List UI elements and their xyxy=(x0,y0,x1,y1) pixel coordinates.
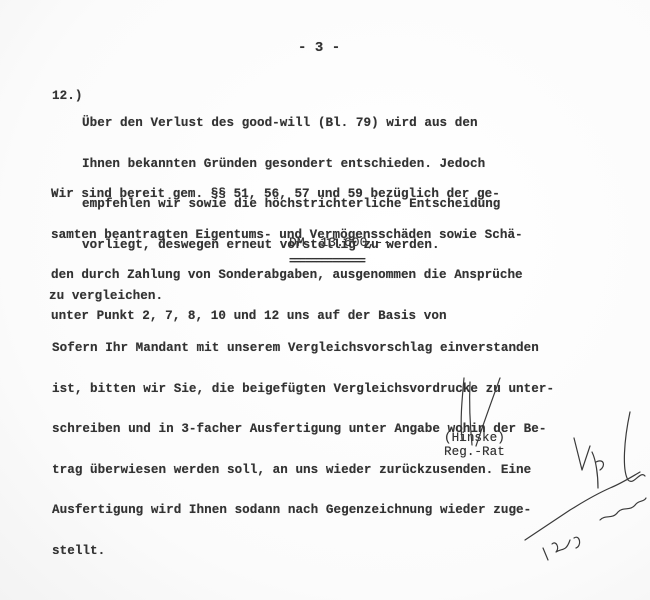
text-line: Wir sind bereit gem. §§ 51, 56, 57 und 5… xyxy=(51,188,523,202)
text-line: samten beantragten Eigentums- und Vermög… xyxy=(51,229,523,243)
text-line: stellt. xyxy=(52,545,554,559)
signatory-name: (Hinske) xyxy=(444,432,505,446)
closing-fragment: zu vergleichen. xyxy=(49,290,163,304)
handwritten-initials-icon xyxy=(574,412,645,488)
settlement-amount: DM 13.600,-- xyxy=(289,236,391,250)
signatory-title: Reg.-Rat xyxy=(444,446,505,460)
text-line: Sofern Ihr Mandant mit unserem Vergleich… xyxy=(52,342,554,356)
amount-double-underline: ============== xyxy=(289,256,365,270)
text-line: trag überwiesen werden soll, an uns wied… xyxy=(52,464,554,478)
text-line: ist, bitten wir Sie, die beigefügten Ver… xyxy=(52,383,554,397)
item-number: 12.) xyxy=(52,90,82,104)
text-line: Über den Verlust des good-will (Bl. 79) … xyxy=(82,117,500,131)
document-page: - 3 - 12.) Über den Verlust des good-wil… xyxy=(0,0,650,600)
text-line: den durch Zahlung von Sonderabgaben, aus… xyxy=(51,269,523,283)
page-number: - 3 - xyxy=(298,42,340,56)
text-line: Ausfertigung wird Ihnen sodann nach Gege… xyxy=(52,504,554,518)
